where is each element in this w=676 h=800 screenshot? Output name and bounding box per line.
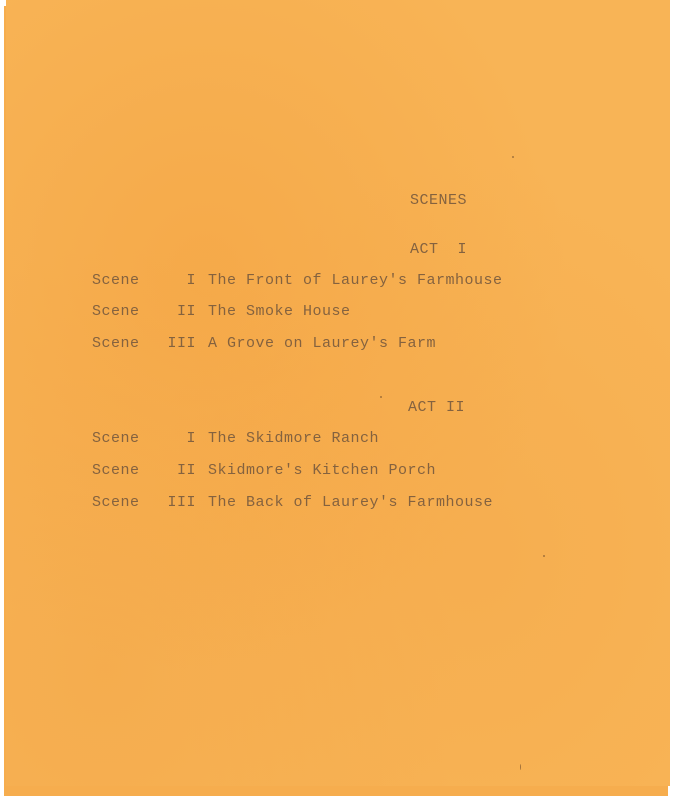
act-heading-2: ACT II — [408, 399, 465, 416]
scene-title: A Grove on Laurey's Farm — [208, 335, 436, 352]
scene-label: Scene — [92, 494, 154, 511]
scene-title: The Smoke House — [208, 303, 351, 320]
scene-label: Scene — [92, 430, 154, 447]
scene-number: II — [154, 303, 208, 320]
document-page: SCENES ACT I Scene I The Front of Laurey… — [6, 0, 670, 786]
scene-number: II — [154, 462, 208, 479]
scene-number: III — [154, 335, 208, 352]
paper-speck — [512, 156, 514, 158]
scene-row: Scene III A Grove on Laurey's Farm — [92, 335, 436, 352]
act-heading-1: ACT I — [410, 241, 467, 258]
scene-number: I — [154, 430, 208, 447]
scene-number: III — [154, 494, 208, 511]
paper-speck — [520, 764, 521, 770]
scene-title: The Front of Laurey's Farmhouse — [208, 272, 503, 289]
scene-label: Scene — [92, 462, 154, 479]
paper-speck — [543, 555, 545, 557]
paper-speck — [380, 396, 382, 398]
scene-row: Scene II The Smoke House — [92, 303, 351, 320]
scene-number: I — [154, 272, 208, 289]
scene-row: Scene II Skidmore's Kitchen Porch — [92, 462, 436, 479]
scene-label: Scene — [92, 335, 154, 352]
scene-row: Scene I The Skidmore Ranch — [92, 430, 379, 447]
page-title: SCENES — [410, 192, 467, 209]
scene-label: Scene — [92, 272, 154, 289]
scene-row: Scene I The Front of Laurey's Farmhouse — [92, 272, 503, 289]
scene-label: Scene — [92, 303, 154, 320]
scene-title: The Back of Laurey's Farmhouse — [208, 494, 493, 511]
scene-row: Scene III The Back of Laurey's Farmhouse — [92, 494, 493, 511]
scene-title: Skidmore's Kitchen Porch — [208, 462, 436, 479]
scene-title: The Skidmore Ranch — [208, 430, 379, 447]
